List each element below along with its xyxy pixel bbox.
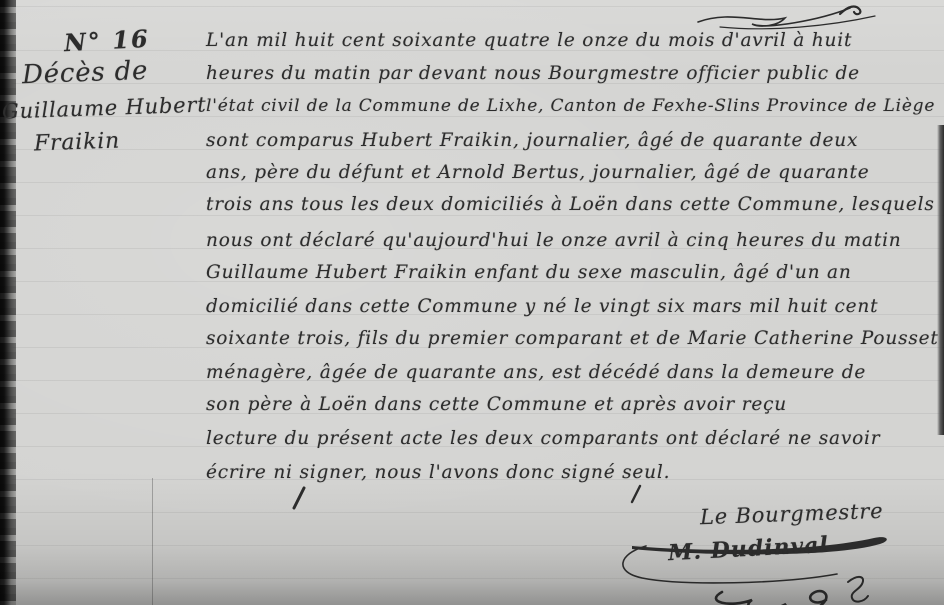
record-number: N° 16 bbox=[63, 24, 150, 57]
act-body-line: domicilié dans cette Commune y né le vin… bbox=[206, 296, 878, 317]
act-body-line: son père à Loën dans cette Commune et ap… bbox=[206, 394, 787, 415]
margin-rule-line bbox=[152, 478, 153, 605]
closing-official-title: Le Bourgmestre bbox=[700, 499, 884, 529]
act-body-line: sont comparus Hubert Fraikin, journalier… bbox=[206, 130, 858, 151]
margin-title-deces-de: Décès de bbox=[22, 56, 149, 90]
act-body-line: L'an mil huit cent soixante quatre le on… bbox=[206, 30, 852, 51]
act-body-line: écrire ni signer, nous l'avons donc sign… bbox=[206, 462, 670, 483]
act-body-line: Guillaume Hubert Fraikin enfant du sexe … bbox=[206, 262, 852, 283]
act-body-line: soixante trois, fils du premier comparan… bbox=[206, 328, 939, 349]
act-body-line: lecture du présent acte les deux compara… bbox=[206, 428, 880, 449]
previous-entry-flourish bbox=[690, 0, 890, 30]
act-body-line: ans, père du défunt et Arnold Bertus, jo… bbox=[206, 162, 870, 183]
page-edge-shadow bbox=[937, 125, 944, 435]
act-body-line: ménagère, âgée de quarante ans, est décé… bbox=[206, 362, 866, 383]
book-binding-edge bbox=[0, 0, 16, 605]
margin-title-surname: Fraikin bbox=[34, 129, 121, 157]
register-page-scan: N° 16 Décès de Guillaume Hubert Fraikin … bbox=[0, 0, 944, 605]
act-body-line: l'état civil de la Commune de Lixhe, Can… bbox=[206, 96, 935, 116]
act-body-line: heures du matin par devant nous Bourgmes… bbox=[206, 63, 860, 84]
act-body-line: trois ans tous les deux domiciliés à Loë… bbox=[206, 194, 935, 215]
margin-title-name: Guillaume Hubert bbox=[2, 92, 207, 123]
stray-pen-strokes bbox=[290, 486, 650, 510]
act-body-line: nous ont déclaré qu'aujourd'hui le onze … bbox=[206, 230, 902, 251]
